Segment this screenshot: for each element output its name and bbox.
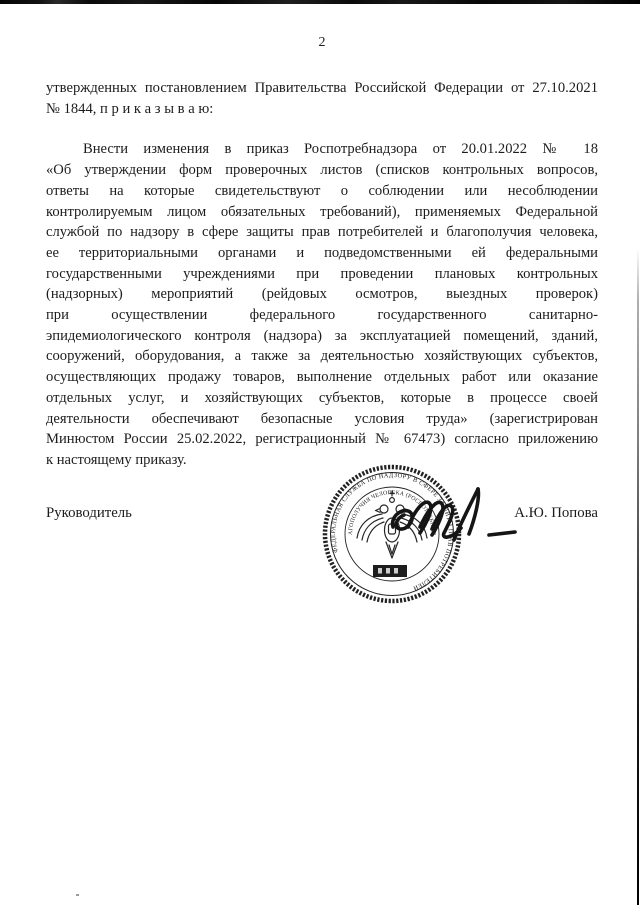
document-line: (надзорных) мероприятий (рейдовых осмотр… bbox=[46, 284, 598, 305]
scan-artifact-right-edge bbox=[637, 248, 639, 905]
signature-block: Руководитель ФЕДЕРАЛЬНАЯ СЛУЖБА ПО НАДЗО… bbox=[46, 503, 598, 673]
document-line: ее территориальными органами и подведомс… bbox=[46, 243, 598, 264]
document-line: утвержденных постановлением Правительств… bbox=[46, 78, 598, 99]
document-line: деятельности обеспечивают безопасные усл… bbox=[46, 409, 598, 430]
document-line: государственными учреждениями при провед… bbox=[46, 264, 598, 285]
paragraph-order-body: Внести изменения в приказ Роспотребнадзо… bbox=[46, 139, 598, 470]
document-line: Внести изменения в приказ Роспотребнадзо… bbox=[46, 139, 598, 160]
document-line: ответы на которые свидетельствуют о собл… bbox=[46, 181, 598, 202]
handwritten-signature bbox=[385, 483, 535, 563]
paragraph-preamble: утвержденных постановлением Правительств… bbox=[46, 78, 598, 119]
document-line: сооружений, оборудования, а также за дея… bbox=[46, 346, 598, 367]
document-line: № 1844, п р и к а з ы в а ю: bbox=[46, 99, 598, 120]
scanned-document-page: { "page_number": "2", "body": { "para1_l… bbox=[0, 0, 640, 905]
signature-scrawl-icon bbox=[385, 483, 535, 563]
scan-artifact-speck bbox=[76, 894, 79, 896]
signer-name: А.Ю. Попова bbox=[514, 503, 598, 523]
document-line: контролируемым лицом обязательных требов… bbox=[46, 202, 598, 223]
document-line: «Об утверждении форм проверочных листов … bbox=[46, 160, 598, 181]
document-line: осуществляющих продажу товаров, выполнен… bbox=[46, 367, 598, 388]
document-content: 2 утвержденных постановлением Правительс… bbox=[46, 0, 598, 673]
page-number: 2 bbox=[46, 33, 598, 53]
document-line: при осуществлении федерального государст… bbox=[46, 305, 598, 326]
signer-title: Руководитель bbox=[46, 503, 132, 523]
document-line: эпидемиологического контроля (надзора) з… bbox=[46, 326, 598, 347]
stamp-serial-box bbox=[373, 565, 407, 577]
document-line: службой по надзору в сфере защиты прав п… bbox=[46, 222, 598, 243]
document-line: отдельных услуг, и хозяйствующих субъект… bbox=[46, 388, 598, 409]
document-line: Минюстом России 25.02.2022, регистрацион… bbox=[46, 429, 598, 450]
